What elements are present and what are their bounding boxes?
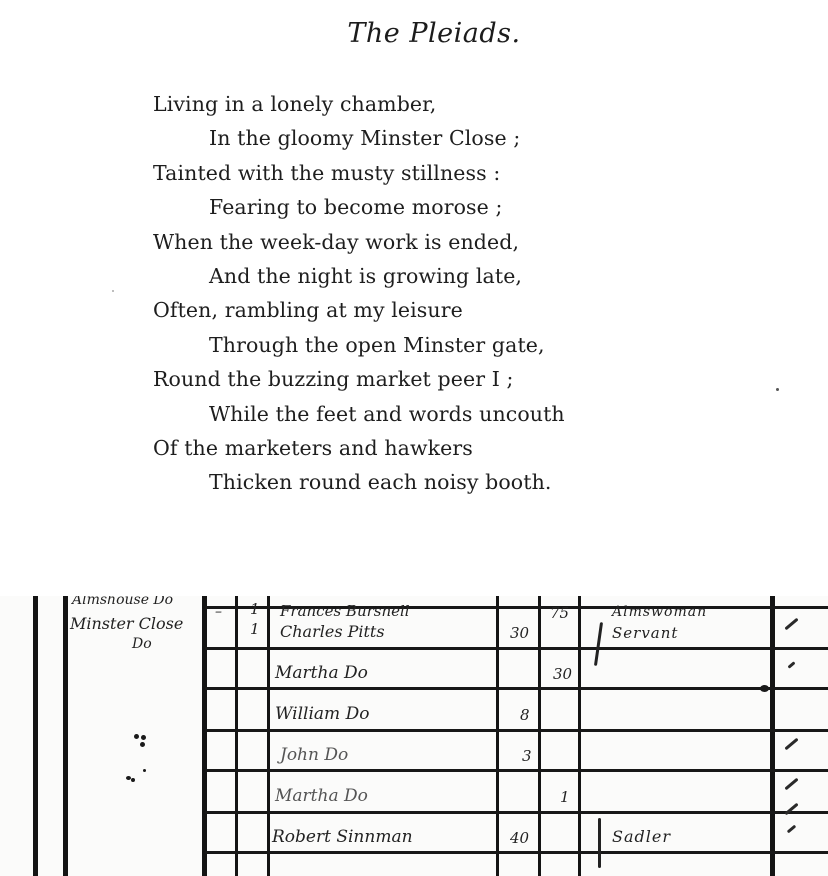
person-name: Frances Bursnell bbox=[280, 602, 410, 620]
row-rule bbox=[205, 729, 828, 732]
houses-inhabited: 1 bbox=[250, 600, 260, 618]
age-female: 30 bbox=[553, 665, 572, 683]
age-male: 30 bbox=[510, 624, 529, 642]
poem-line: Often, rambling at my leisure bbox=[153, 293, 565, 327]
row-rule bbox=[205, 687, 828, 690]
occupation: Almswoman bbox=[612, 604, 707, 620]
person-name: Martha Do bbox=[275, 663, 368, 683]
person-name: William Do bbox=[275, 704, 369, 724]
occupation: Servant bbox=[612, 624, 678, 642]
age-female: 1 bbox=[560, 788, 570, 806]
print-speck bbox=[776, 388, 779, 391]
poem-line: Fearing to become morose ; bbox=[153, 190, 565, 224]
place-entry: Do bbox=[132, 636, 152, 652]
row-rule bbox=[205, 851, 828, 854]
ink-blot bbox=[134, 734, 139, 739]
margin-rule bbox=[33, 596, 38, 876]
age-female: 75 bbox=[550, 604, 569, 622]
column-rule bbox=[538, 596, 541, 876]
place-entry: Minster Close bbox=[70, 614, 183, 633]
occupation: Sadler bbox=[612, 827, 671, 846]
person-name: John Do bbox=[280, 745, 348, 765]
row-rule bbox=[205, 647, 828, 650]
row-rule bbox=[205, 811, 828, 814]
poem-line: When the week-day work is ended, bbox=[153, 225, 565, 259]
poem-page: The Pleiads. Living in a lonely chamber,… bbox=[0, 0, 828, 560]
poem-line: In the gloomy Minster Close ; bbox=[153, 121, 565, 155]
place-entry: Almshouse Do bbox=[72, 596, 173, 608]
column-rule bbox=[496, 596, 499, 876]
poem-line: Tainted with the musty stillness : bbox=[153, 156, 565, 190]
column-rule bbox=[770, 596, 775, 876]
age-male: 40 bbox=[510, 829, 529, 847]
person-name: Charles Pitts bbox=[280, 622, 385, 641]
poem-line: Through the open Minster gate, bbox=[153, 328, 565, 362]
born-in-county-mark bbox=[787, 825, 797, 834]
margin-rule bbox=[63, 596, 68, 876]
row-rule bbox=[205, 769, 828, 772]
houses-uninhabited: – bbox=[215, 604, 222, 620]
poem-stanza: Living in a lonely chamber, In the gloom… bbox=[153, 87, 565, 500]
born-in-county-mark bbox=[787, 661, 795, 668]
bracket-mark bbox=[594, 622, 603, 666]
poem-line: And the night is growing late, bbox=[153, 259, 565, 293]
born-in-county-mark bbox=[784, 618, 798, 631]
poem-line: Round the buzzing market peer I ; bbox=[153, 362, 565, 396]
column-rule bbox=[235, 596, 238, 876]
age-male: 8 bbox=[520, 706, 530, 724]
poem-line: While the feet and words uncouth bbox=[153, 397, 565, 431]
ink-blot bbox=[131, 778, 135, 782]
column-rule bbox=[578, 596, 581, 876]
born-in-county-mark bbox=[784, 738, 798, 751]
age-male: 3 bbox=[522, 747, 532, 765]
person-name: Martha Do bbox=[275, 786, 368, 806]
houses-inhabited: 1 bbox=[250, 620, 260, 638]
print-speck bbox=[112, 290, 114, 292]
ink-blot bbox=[141, 735, 146, 740]
column-rule bbox=[267, 596, 270, 876]
ink-blot bbox=[140, 742, 145, 747]
column-rule bbox=[202, 596, 207, 876]
born-in-county-mark bbox=[784, 778, 798, 791]
ink-blot bbox=[143, 769, 146, 772]
poem-line: Living in a lonely chamber, bbox=[153, 87, 565, 121]
ink-blot bbox=[760, 685, 769, 692]
person-name: Robert Sinnman bbox=[272, 827, 413, 847]
bracket-mark bbox=[598, 818, 601, 868]
poem-title: The Pleiads. bbox=[0, 18, 828, 49]
poem-line: Thicken round each noisy booth. bbox=[153, 465, 565, 499]
poem-line: Of the marketers and hawkers bbox=[153, 431, 565, 465]
census-record-fragment: Almshouse Do Minster Close Do – 1 1 Fran… bbox=[0, 596, 828, 876]
